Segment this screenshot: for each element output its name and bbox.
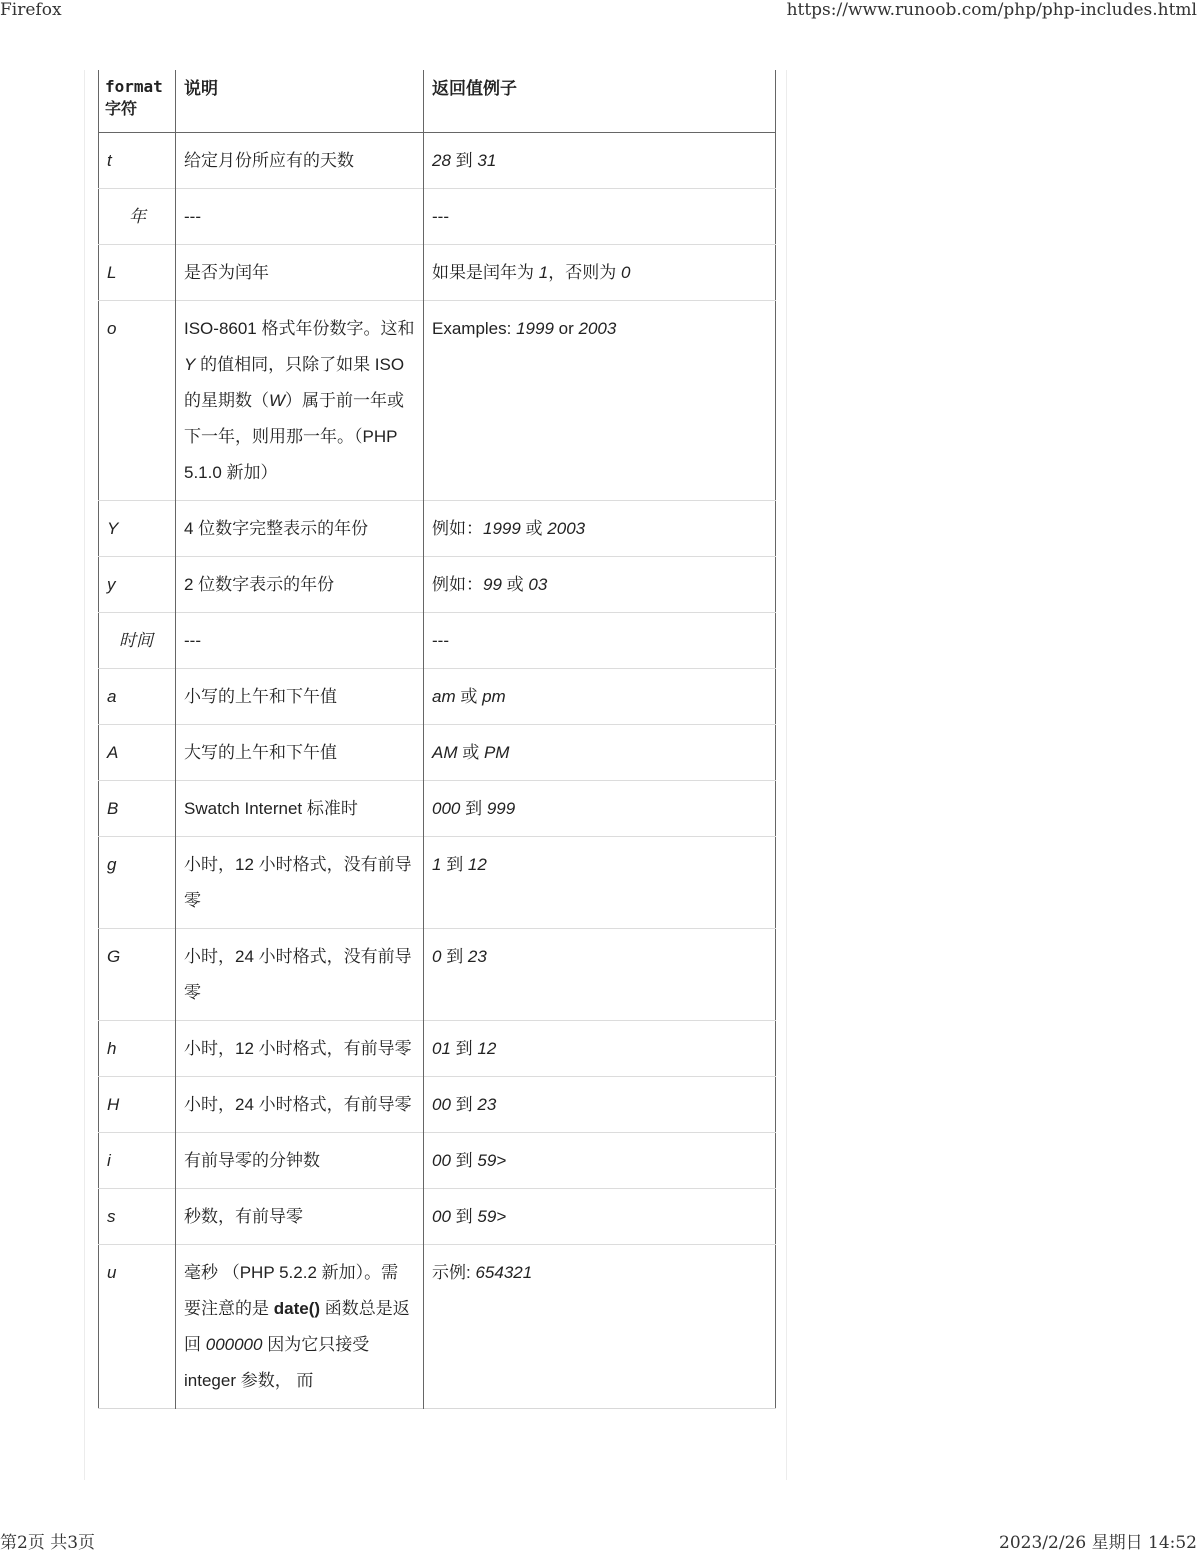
text-fragment: 1999	[516, 319, 554, 338]
text-fragment: 到	[451, 1151, 477, 1170]
section-label: 年	[99, 189, 176, 245]
text-fragment: 00	[432, 1151, 451, 1170]
page-info: 第2页 共3页	[0, 1528, 95, 1551]
example-value: Examples: 1999 or 2003	[424, 301, 776, 501]
text-fragment: 00	[432, 1095, 451, 1114]
column-header-format-char: format 字符	[99, 70, 176, 133]
format-char: h	[99, 1021, 176, 1077]
table-row: y2 位数字表示的年份例如：99 或 03	[99, 557, 776, 613]
text-fragment: 或	[456, 687, 482, 706]
example-value: 000 到 999	[424, 781, 776, 837]
column-header-format-line1: format	[105, 77, 163, 96]
text-fragment: 12	[477, 1039, 496, 1058]
description: 给定月份所应有的天数	[176, 133, 424, 189]
text-fragment: 23	[468, 947, 487, 966]
table-row: i有前导零的分钟数00 到 59>	[99, 1133, 776, 1189]
table-row: u毫秒 （PHP 5.2.2 新加）。需要注意的是 date() 函数总是返回 …	[99, 1245, 776, 1409]
format-char: A	[99, 725, 176, 781]
format-char: L	[99, 245, 176, 301]
table-row: L是否为闰年如果是闰年为 1，否则为 0	[99, 245, 776, 301]
format-char: u	[99, 1245, 176, 1409]
text-fragment: 999	[487, 799, 515, 818]
description: 秒数，有前导零	[176, 1189, 424, 1245]
format-char: i	[99, 1133, 176, 1189]
print-header: Firefox https://www.runoob.com/php/php-i…	[0, 0, 1199, 22]
text-fragment: 59>	[477, 1151, 506, 1170]
example-value: 28 到 31	[424, 133, 776, 189]
example-value: 示例: 654321	[424, 1245, 776, 1409]
text-fragment: Y	[184, 355, 195, 374]
text-fragment: 0	[621, 263, 630, 282]
text-fragment: 03	[528, 575, 547, 594]
text-fragment: 到	[451, 1039, 477, 1058]
text-fragment: 31	[477, 151, 496, 170]
description: 小时，24 小时格式，没有前导零	[176, 929, 424, 1021]
text-fragment: AM	[432, 743, 458, 762]
text-fragment: 1999	[483, 519, 521, 538]
table-row: g小时，12 小时格式，没有前导零1 到 12	[99, 837, 776, 929]
text-fragment: ---	[432, 207, 449, 226]
format-char: H	[99, 1077, 176, 1133]
section-label: 时间	[99, 613, 176, 669]
description: 大写的上午和下午值	[176, 725, 424, 781]
description: 小时，12 小时格式，有前导零	[176, 1021, 424, 1077]
text-fragment: 01	[432, 1039, 451, 1058]
description: 小写的上午和下午值	[176, 669, 424, 725]
example-value: 例如：1999 或 2003	[424, 501, 776, 557]
example-value: 1 到 12	[424, 837, 776, 929]
page-edge-right	[786, 70, 787, 1480]
table-row: h小时，12 小时格式，有前导零01 到 12	[99, 1021, 776, 1077]
format-char: t	[99, 133, 176, 189]
text-fragment: 例如：	[432, 575, 483, 594]
text-fragment: 示例:	[432, 1263, 475, 1282]
text-fragment: 000000	[206, 1335, 263, 1354]
text-fragment: 到	[460, 799, 486, 818]
description: ISO-8601 格式年份数字。这和 Y 的值相同，只除了如果 ISO 的星期数…	[176, 301, 424, 501]
column-header-example: 返回值例子	[424, 70, 776, 133]
text-fragment: 654321	[475, 1263, 532, 1282]
format-char: y	[99, 557, 176, 613]
table-row: H小时，24 小时格式，有前导零00 到 23	[99, 1077, 776, 1133]
format-char: s	[99, 1189, 176, 1245]
description: 毫秒 （PHP 5.2.2 新加）。需要注意的是 date() 函数总是返回 0…	[176, 1245, 424, 1409]
text-fragment: or	[554, 319, 579, 338]
table-row: oISO-8601 格式年份数字。这和 Y 的值相同，只除了如果 ISO 的星期…	[99, 301, 776, 501]
column-header-description: 说明	[176, 70, 424, 133]
description: ---	[176, 189, 424, 245]
format-char: G	[99, 929, 176, 1021]
description: ---	[176, 613, 424, 669]
format-char: g	[99, 837, 176, 929]
text-fragment: PM	[484, 743, 510, 762]
table-row: Y4 位数字完整表示的年份例如：1999 或 2003	[99, 501, 776, 557]
description: 小时，12 小时格式，没有前导零	[176, 837, 424, 929]
description: 有前导零的分钟数	[176, 1133, 424, 1189]
format-char: o	[99, 301, 176, 501]
text-fragment: 或	[521, 519, 547, 538]
text-fragment: ---	[432, 631, 449, 650]
text-fragment: 000	[432, 799, 460, 818]
table-row: A大写的上午和下午值AM 或 PM	[99, 725, 776, 781]
date-format-table: format 字符 说明 返回值例子 t给定月份所应有的天数28 到 31年--…	[98, 70, 776, 1409]
text-fragment: date()	[274, 1299, 320, 1318]
description: 4 位数字完整表示的年份	[176, 501, 424, 557]
example-value: 如果是闰年为 1，否则为 0	[424, 245, 776, 301]
table-body: t给定月份所应有的天数28 到 31年------L是否为闰年如果是闰年为 1，…	[99, 133, 776, 1409]
example-value: ---	[424, 613, 776, 669]
description: 小时，24 小时格式，有前导零	[176, 1077, 424, 1133]
text-fragment: 到	[441, 947, 467, 966]
text-fragment: 到	[441, 855, 467, 874]
table-row: t给定月份所应有的天数28 到 31	[99, 133, 776, 189]
table-row: G小时，24 小时格式，没有前导零0 到 23	[99, 929, 776, 1021]
description: Swatch Internet 标准时	[176, 781, 424, 837]
text-fragment: 00	[432, 1207, 451, 1226]
text-fragment: Examples:	[432, 319, 516, 338]
text-fragment: 到	[451, 1207, 477, 1226]
page-url: https://www.runoob.com/php/php-includes.…	[787, 0, 1197, 20]
description: 2 位数字表示的年份	[176, 557, 424, 613]
text-fragment: 99	[483, 575, 502, 594]
app-title: Firefox	[0, 0, 62, 20]
example-value: 01 到 12	[424, 1021, 776, 1077]
text-fragment: ISO-8601 格式年份数字。这和	[184, 319, 415, 338]
text-fragment: 到	[451, 151, 477, 170]
table-row: s秒数，有前导零00 到 59>	[99, 1189, 776, 1245]
text-fragment: 23	[477, 1095, 496, 1114]
text-fragment: 例如：	[432, 519, 483, 538]
column-header-format-line2: 字符	[105, 99, 137, 118]
text-fragment: 如果是闰年为	[432, 263, 539, 282]
table-row: 年------	[99, 189, 776, 245]
text-fragment: 12	[468, 855, 487, 874]
page-edge-left	[84, 70, 85, 1480]
table-header-row: format 字符 说明 返回值例子	[99, 70, 776, 133]
text-fragment: 2003	[547, 519, 585, 538]
example-value: 0 到 23	[424, 929, 776, 1021]
text-fragment: 59>	[477, 1207, 506, 1226]
print-footer: 第2页 共3页 2023/2/26 星期日 14:52	[0, 1528, 1199, 1550]
text-fragment: pm	[482, 687, 506, 706]
example-value: ---	[424, 189, 776, 245]
text-fragment: ，否则为	[548, 263, 621, 282]
text-fragment: 2003	[578, 319, 616, 338]
text-fragment: 28	[432, 151, 451, 170]
text-fragment: am	[432, 687, 456, 706]
text-fragment: 1	[539, 263, 548, 282]
example-value: 00 到 23	[424, 1077, 776, 1133]
example-value: 例如：99 或 03	[424, 557, 776, 613]
table-row: 时间------	[99, 613, 776, 669]
description: 是否为闰年	[176, 245, 424, 301]
print-datetime: 2023/2/26 星期日 14:52	[999, 1528, 1197, 1551]
format-char: B	[99, 781, 176, 837]
example-value: AM 或 PM	[424, 725, 776, 781]
table-row: BSwatch Internet 标准时000 到 999	[99, 781, 776, 837]
text-fragment: 或	[458, 743, 484, 762]
example-value: 00 到 59>	[424, 1189, 776, 1245]
format-char: a	[99, 669, 176, 725]
example-value: 00 到 59>	[424, 1133, 776, 1189]
table-row: a小写的上午和下午值am 或 pm	[99, 669, 776, 725]
format-char: Y	[99, 501, 176, 557]
text-fragment: 到	[451, 1095, 477, 1114]
text-fragment: W	[269, 391, 285, 410]
example-value: am 或 pm	[424, 669, 776, 725]
text-fragment: 或	[502, 575, 528, 594]
